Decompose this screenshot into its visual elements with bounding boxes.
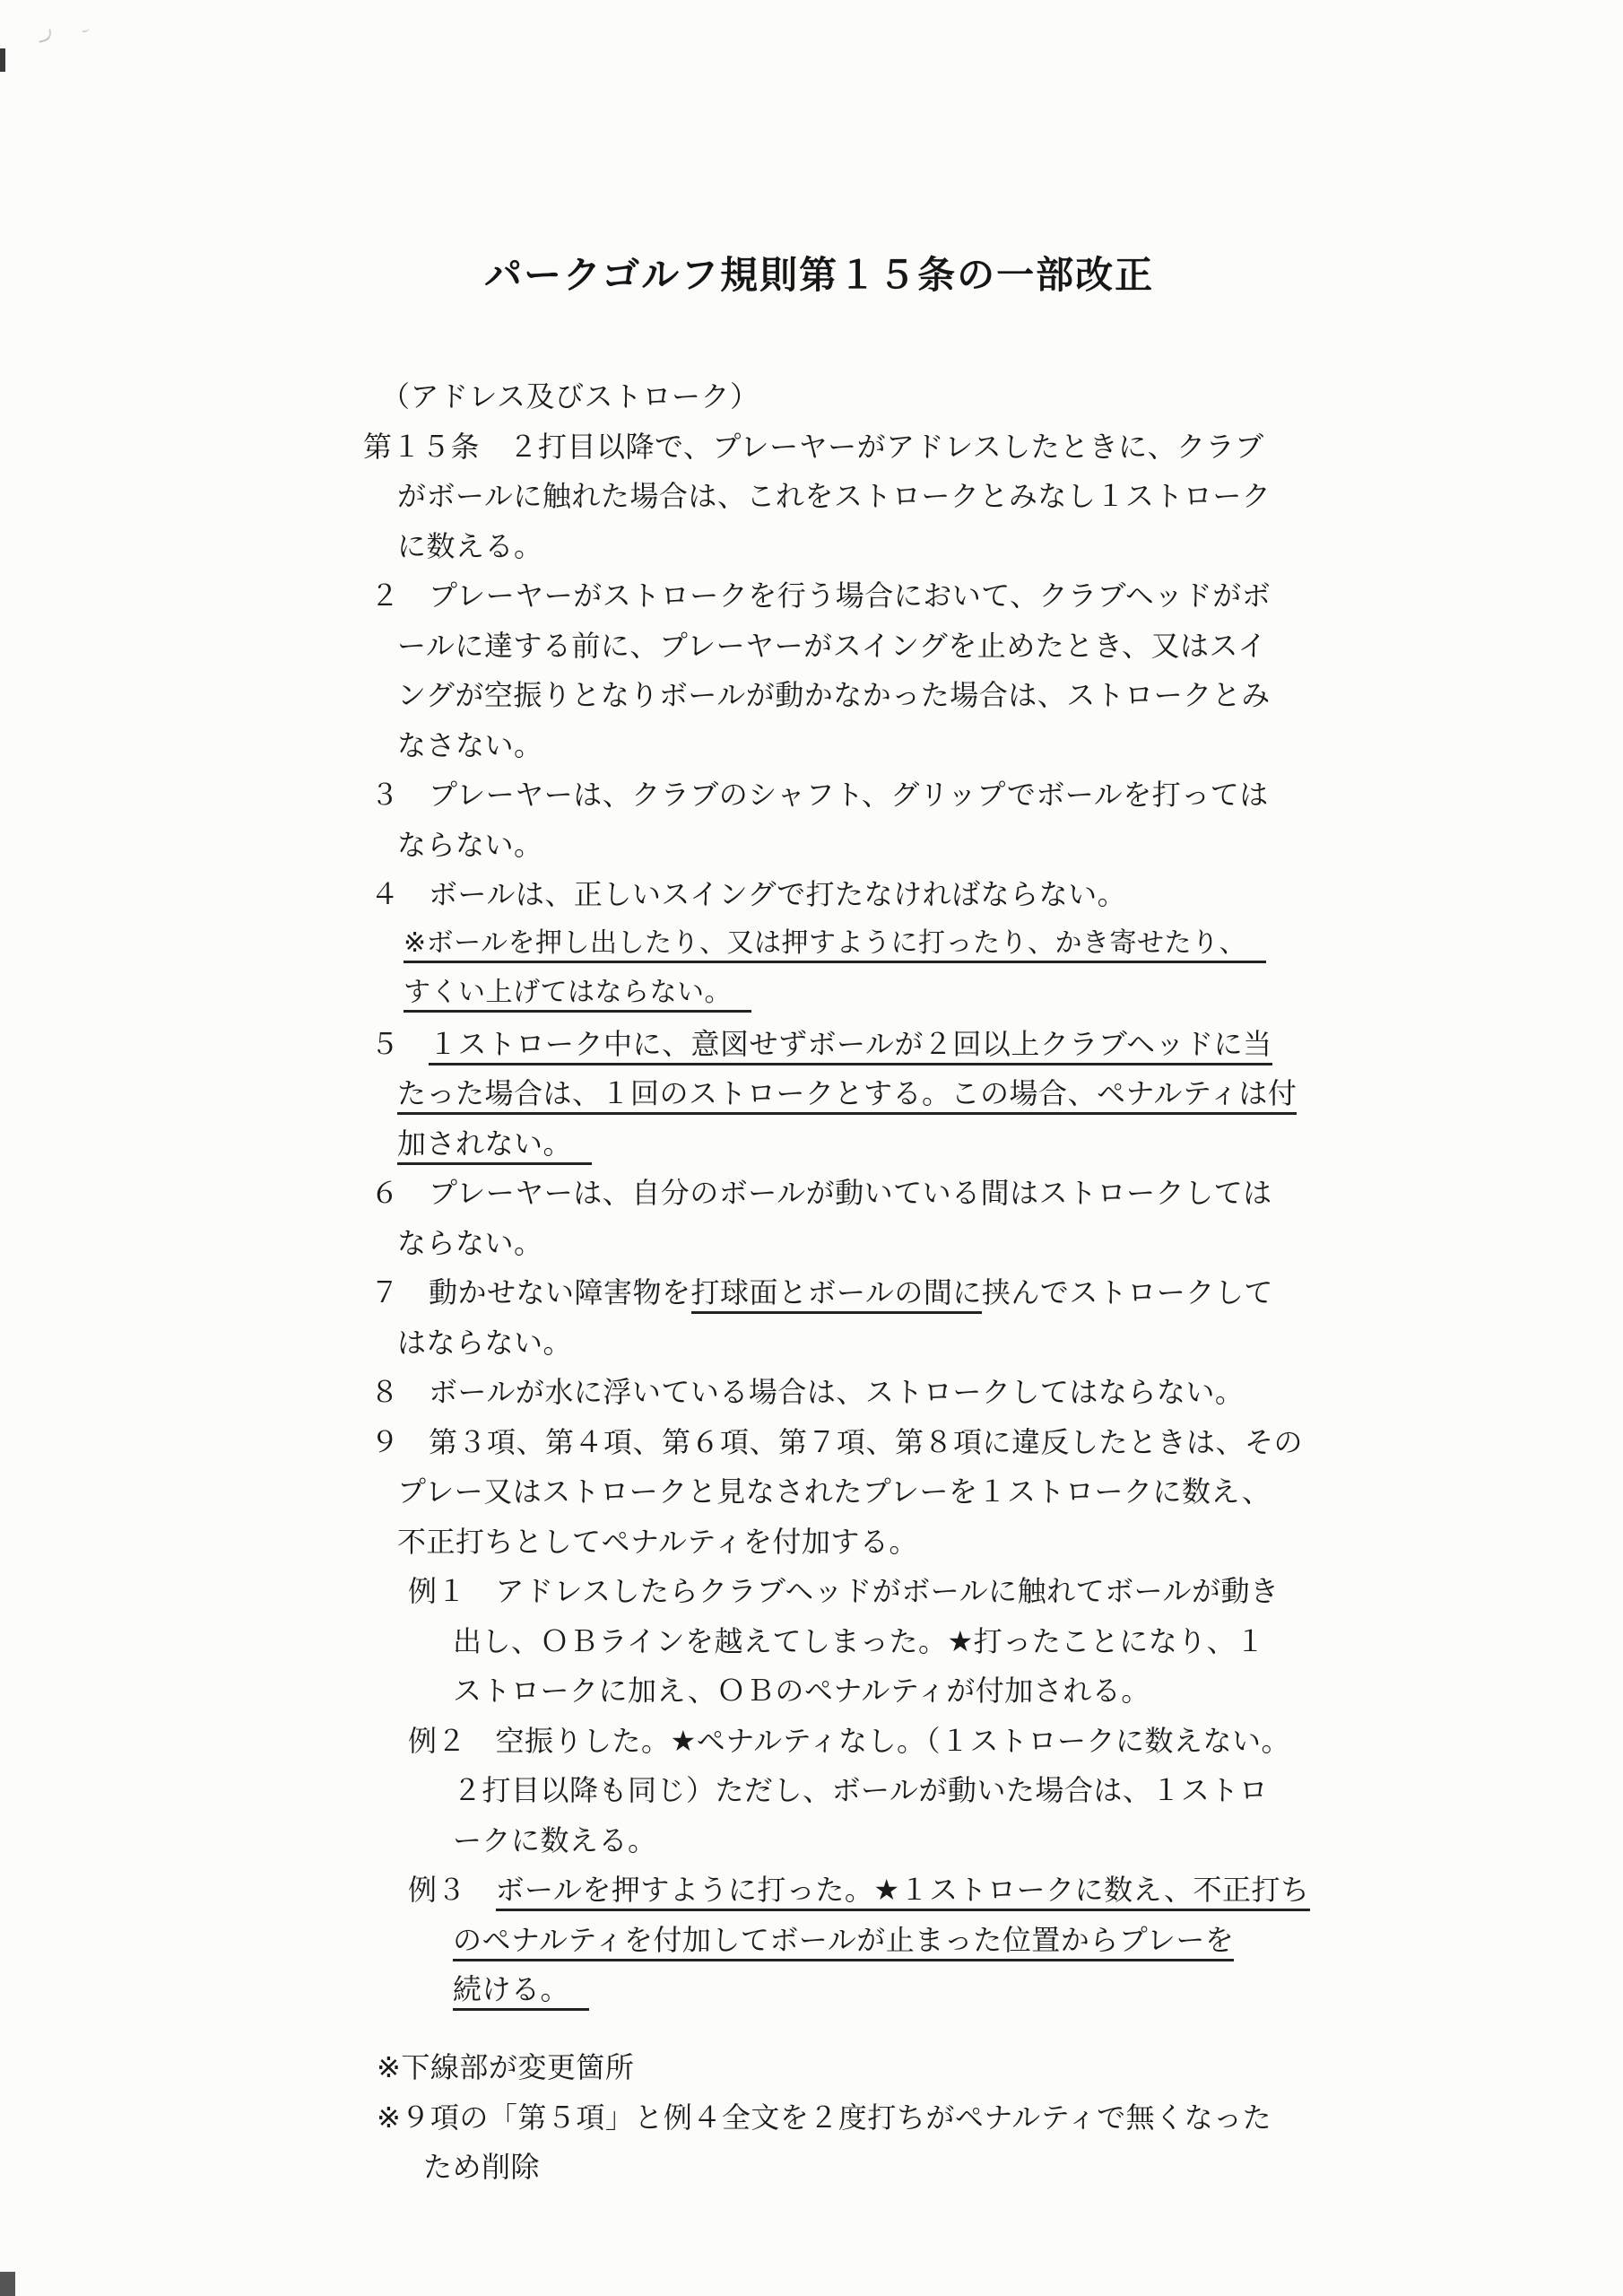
scan-smudge-mark [37,29,54,43]
text-segment: ールに達する前に、プレーヤーがスイングを止めたとき、又はスイ [397,630,1267,662]
document-line: プレー又はストロークと見なされたプレーを１ストロークに数え、 [397,1475,1271,1509]
document-line: ストロークに加え、ＯＢのペナルティが付加される。 [453,1674,1150,1708]
underlined-revision-text: 続ける。 [453,1973,589,2011]
underlined-revision-text: ※ボールを押し出したり、又は押すように打ったり、かき寄せたり、 [404,928,1266,963]
text-segment: ならない。 [397,829,543,861]
scan-corner-artifact [0,2272,15,2296]
text-segment: ストロークに加え、ＯＢのペナルティが付加される。 [453,1674,1150,1707]
document-line: すくい上げてはならない。 [404,978,751,1009]
underlined-revision-text: ボールを押すように打った。★１ストロークに数え、不正打ち [496,1874,1310,1911]
scan-smudge-mark [82,25,90,32]
text-segment: がボールに触れた場合は、これをストロークとみなし１ストローク [397,480,1271,512]
text-segment: ※下線部が変更箇所 [377,2051,634,2083]
document-line: はならない。 [397,1326,572,1360]
underlined-revision-text: たった場合は、１回のストロークとする。この場合、ペナルティは付 [397,1077,1297,1115]
underlined-revision-text: 打球面とボールの間に [691,1276,982,1314]
document-line: がボールに触れた場合は、これをストロークとみなし１ストローク [397,480,1271,513]
document-line: に数える。 [397,530,543,563]
document-line: ならない。 [397,829,543,862]
text-segment: 例１ アドレスしたらクラブヘッドがボールに触れてボールが動き [408,1575,1279,1607]
text-segment: ならない。 [397,1227,543,1259]
document-line: （アドレス及びストローク） [381,380,759,413]
underlined-revision-text: のペナルティを付加してボールが止まった位置からプレーを [453,1924,1234,1961]
document-line: ３ プレーヤーは、クラブのシャフト、グリップでボールを打っては [370,778,1269,812]
text-segment: ※９項の「第５項」と例４全文を２度打ちがペナルティで無くなった [377,2101,1271,2134]
text-segment: に数える。 [397,530,543,562]
underlined-revision-text: 加されない。 [397,1127,592,1165]
document-line: のペナルティを付加してボールが止まった位置からプレーを [453,1924,1234,1957]
text-segment: 例３ [408,1874,496,1906]
text-segment: はならない。 [397,1326,572,1359]
document-line: ため削除 [423,2151,540,2184]
text-segment: プレー又はストロークと見なされたプレーを１ストロークに数え、 [397,1475,1271,1508]
document-line: ７ 動かせない障害物を打球面とボールの間に挟んでストロークして [370,1276,1273,1309]
text-segment: ４ ボールは、正しいスイングで打たなければならない。 [370,878,1126,910]
text-segment: （アドレス及びストローク） [381,380,759,413]
document-line: 例３ ボールを押すように打った。★１ストロークに数え、不正打ち [408,1874,1310,1907]
page-title: パークゴルフ規則第１５条の一部改正 [484,254,1154,297]
document-line: 出し、ＯＢラインを越えてしまった。★打ったことになり、１ [453,1625,1265,1658]
text-segment: 第１５条 ２打目以降で、プレーヤーがアドレスしたときに、クラブ [363,430,1264,463]
underlined-revision-text: すくい上げてはならない。 [404,978,751,1013]
document-line: 例２ 空振りした。★ペナルティなし。（１ストロークに数えない。 [408,1725,1290,1758]
document-line: ※下線部が変更箇所 [377,2051,634,2084]
text-segment: ３ プレーヤーは、クラブのシャフト、グリップでボールを打っては [370,778,1269,811]
document-line: ４ ボールは、正しいスイングで打たなければならない。 [370,878,1126,911]
text-segment: なさない。 [397,729,543,761]
scan-edge-artifact [0,48,5,72]
text-segment: ７ 動かせない障害物を [370,1276,691,1309]
text-segment: ８ ボールが水に浮いている場合は、ストロークしてはならない。 [370,1376,1244,1408]
document-line: ２ プレーヤーがストロークを行う場合において、クラブヘッドがボ [370,579,1271,613]
document-line: たった場合は、１回のストロークとする。この場合、ペナルティは付 [397,1077,1297,1110]
document-line: 続ける。 [453,1973,589,2006]
document-line: ならない。 [397,1227,543,1260]
text-segment: 不正打ちとしてペナルティを付加する。 [397,1526,918,1558]
document-line: 不正打ちとしてペナルティを付加する。 [397,1526,918,1559]
document-line: ングが空振りとなりボールが動かなかった場合は、ストロークとみ [397,679,1271,712]
text-segment: ため削除 [423,2151,540,2183]
text-segment: ６ プレーヤーは、自分のボールが動いている間はストロークしては [370,1177,1272,1209]
document-line: 加されない。 [397,1127,592,1161]
text-segment: ークに数える。 [453,1824,657,1857]
document-line: ８ ボールが水に浮いている場合は、ストロークしてはならない。 [370,1376,1244,1409]
text-segment: ングが空振りとなりボールが動かなかった場合は、ストロークとみ [397,679,1271,711]
document-line: 例１ アドレスしたらクラブヘッドがボールに触れてボールが動き [408,1575,1279,1608]
document-line: ９ 第３項、第４項、第６項、第７項、第８項に違反したときは、その [370,1426,1303,1459]
underlined-revision-text: １ストローク中に、意図せずボールが２回以上クラブヘッドに当 [429,1028,1272,1065]
document-line: ６ プレーヤーは、自分のボールが動いている間はストロークしては [370,1177,1272,1210]
text-segment: ２ プレーヤーがストロークを行う場合において、クラブヘッドがボ [370,579,1271,612]
document-line: 第１５条 ２打目以降で、プレーヤーがアドレスしたときに、クラブ [363,430,1264,464]
document-line: ークに数える。 [453,1824,657,1857]
text-segment: 例２ 空振りした。★ペナルティなし。（１ストロークに数えない。 [408,1725,1290,1757]
document-line: なさない。 [397,729,543,762]
scanned-document-page: パークゴルフ規則第１５条の一部改正 （アドレス及びストローク）第１５条 ２打目以… [0,0,1623,2296]
document-line: ※ボールを押し出したり、又は押すように打ったり、かき寄せたり、 [404,928,1266,960]
text-segment: ５ [370,1028,429,1060]
document-line: ５ １ストローク中に、意図せずボールが２回以上クラブヘッドに当 [370,1028,1272,1061]
text-segment: ２打目以降も同じ）ただし、ボールが動いた場合は、１ストロ [453,1774,1268,1806]
text-segment: ９ 第３項、第４項、第６項、第７項、第８項に違反したときは、その [370,1426,1303,1458]
document-line: ※９項の「第５項」と例４全文を２度打ちがペナルティで無くなった [377,2101,1271,2135]
document-line: ２打目以降も同じ）ただし、ボールが動いた場合は、１ストロ [453,1774,1268,1807]
text-segment: 挟んでストロークして [982,1276,1273,1309]
document-line: ールに達する前に、プレーヤーがスイングを止めたとき、又はスイ [397,630,1267,663]
text-segment: 出し、ＯＢラインを越えてしまった。★打ったことになり、１ [453,1625,1265,1657]
